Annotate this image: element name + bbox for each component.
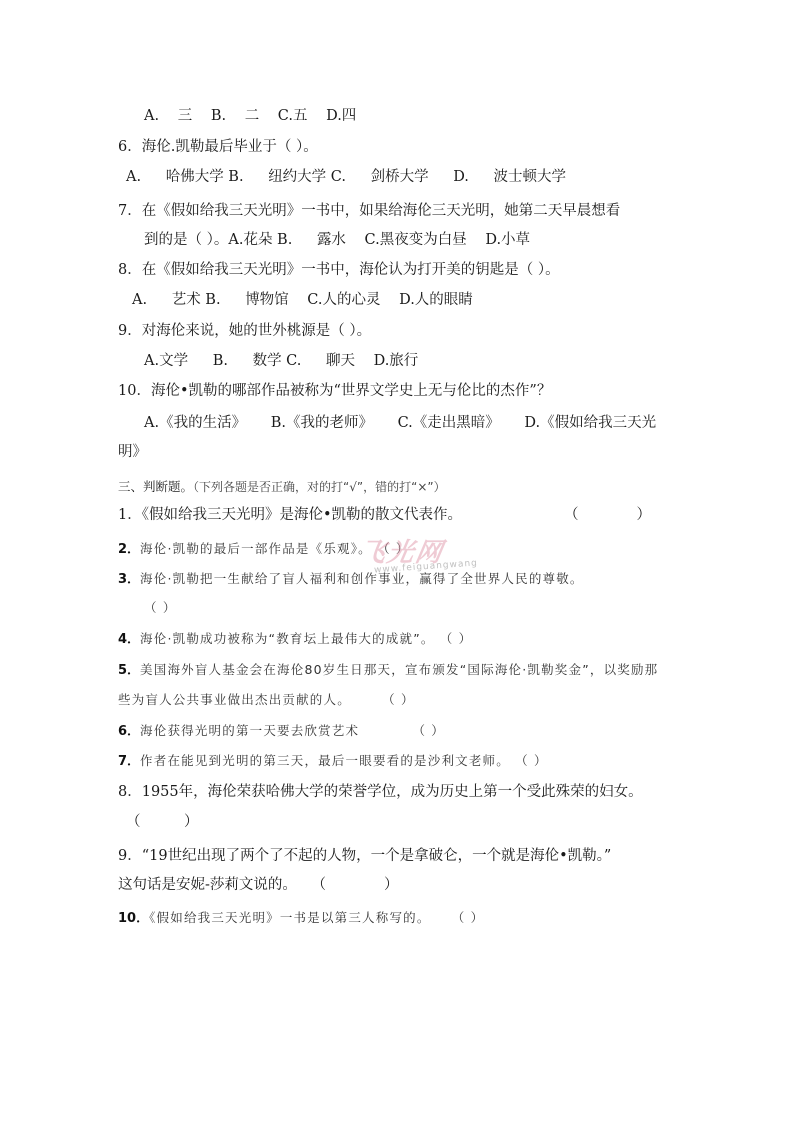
q9-opt: A.文学 (144, 353, 188, 369)
q10-opt: A.《我的生活》 (144, 415, 246, 431)
tf-num: 9． (118, 848, 142, 864)
tf-item-1: 1．《假如给我三天光明》是海伦•凯勒的散文代表作。 (118, 505, 462, 525)
q8-opt: A. (132, 292, 147, 308)
q9-opt: 数学 C. (253, 353, 302, 369)
q10-question: 10．海伦•凯勒的哪部作品被称为“世界文学史上无与伦比的杰作”？ (118, 381, 551, 401)
tf-text: 美国海外盲人基金会在海伦80岁生日那天，宣布颁发“国际海伦·凯勒奖金”，以奖励那 (140, 662, 658, 677)
tf-answer-10[interactable]: （ ） (452, 910, 485, 925)
tf-item-5: 5．美国海外盲人基金会在海伦80岁生日那天，宣布颁发“国际海伦·凯勒奖金”，以奖… (118, 660, 658, 681)
section-title: 三、判断题。（下列各题是否正确，对的打“√”，错的打“×”） (118, 477, 446, 497)
tf-text-cont: 些为盲人公共事业做出杰出贡献的人。 (118, 692, 351, 707)
tf-text: 1955年，海伦荣获哈佛大学的荣誉学位，成为历史上第一个受此殊荣的妇女。 (142, 784, 643, 800)
tf-item-3: 3．海伦·凯勒把一生献给了盲人福利和创作事业，赢得了全世界人民的尊敬。 (118, 569, 584, 590)
tf-item-5-cont: 些为盲人公共事业做出杰出贡献的人。 （ ） (118, 690, 415, 710)
q6-opt: 哈佛大学 B. (166, 169, 244, 185)
tf-text: “19世纪出现了两个了不起的人物，一个是拿破仑，一个就是海伦•凯勒。” (142, 848, 612, 864)
tf-answer-3[interactable]: （ ） (144, 598, 177, 618)
tf-text-cont: 这句话是安妮-莎莉文说的。 (118, 877, 297, 893)
option-b-label: B. (211, 108, 226, 124)
q8-question: 8．在《假如给我三天光明》一书中，海伦认为打开美的钥匙是（ ）。 (118, 260, 560, 280)
q8-opt: C.人的心灵 (307, 292, 380, 308)
q10-options-cont: 明》 (118, 442, 147, 462)
q6-opt: A. (126, 169, 141, 185)
tf-text: 海伦·凯勒把一生献给了盲人福利和创作事业，赢得了全世界人民的尊敬。 (140, 571, 584, 586)
q9-opt: B. (213, 353, 228, 369)
q6-options: A. 哈佛大学 B. 纽约大学 C. 剑桥大学 D. 波士顿大学 (126, 167, 566, 187)
tf-item-9: 9．“19世纪出现了两个了不起的人物，一个是拿破仑，一个就是海伦•凯勒。” (118, 846, 611, 866)
q7-opt: C.黑夜变为白昼 (365, 232, 467, 248)
tf-num: 10． (118, 911, 149, 926)
section-heading: 三、判断题。 (118, 479, 193, 494)
tf-item-7: 7．作者在能见到光明的第三天，最后一眼要看的是沙利文老师。 （ ） (118, 751, 548, 772)
q6-opt: 纽约大学 C. (268, 169, 346, 185)
q7-opt: D.小草 (485, 232, 530, 248)
option-a-label: A. (144, 108, 159, 124)
tf-item-4: 4．海伦·凯勒成功被称为“教育坛上最伟大的成就”。 （ ） (118, 629, 472, 650)
q7-question-line2: 到的是（ ）。A.花朵 B. 露水 C.黑夜变为白昼 D.小草 (144, 230, 530, 250)
q7-stem: 到的是（ ）。A.花朵 B. (144, 232, 292, 248)
tf-text: 海伦·凯勒成功被称为“教育坛上最伟大的成就”。 (140, 631, 435, 646)
section-instructions: （下列各题是否正确，对的打“√”，错的打“×”） (193, 480, 446, 494)
q10-opt: C.《走出黑暗》 (398, 415, 500, 431)
tf-num: 3． (118, 572, 140, 587)
tf-text: 海伦获得光明的第一天要去欣赏艺术 (140, 723, 359, 738)
tf-text: 《假如给我三天光明》一书是以第三人称写的。 (149, 910, 430, 925)
tf-answer-8[interactable]: （ ） (126, 812, 199, 832)
tf-text: 作者在能见到光明的第三天，最后一眼要看的是沙利文老师。 (140, 753, 510, 768)
q8-opt: 博物馆 (245, 292, 289, 308)
tf-answer-5[interactable]: （ ） (382, 692, 415, 707)
tf-answer-9[interactable]: （ ） (312, 877, 399, 893)
tf-answer-2[interactable]: （ ） (377, 541, 410, 556)
tf-answer-1[interactable]: （ ） (564, 505, 651, 525)
tf-num: 2． (118, 542, 140, 557)
q8-opt: 艺术 B. (172, 292, 221, 308)
tf-item-9-cont: 这句话是安妮-莎莉文说的。 （ ） (118, 875, 399, 895)
tf-answer-4[interactable]: （ ） (440, 631, 473, 646)
q6-opt: 剑桥大学 (371, 169, 429, 185)
tf-num: 1． (118, 507, 142, 523)
q9-options: A.文学 B. 数学 C. 聊天 D.旅行 (144, 351, 418, 371)
q9-opt: D.旅行 (374, 353, 419, 369)
tf-item-6: 6．海伦获得光明的第一天要去欣赏艺术 （ ） (118, 721, 445, 742)
tf-item-10: 10．《假如给我三天光明》一书是以第三人称写的。 （ ） (118, 908, 484, 929)
q10-opt: B.《我的老师》 (271, 415, 373, 431)
tf-num: 6． (118, 724, 140, 739)
q5-options: A. 三 B. 二 C.五 D.四 (144, 106, 356, 126)
q8-options: A. 艺术 B. 博物馆 C.人的心灵 D.人的眼睛 (132, 290, 473, 310)
q10-options: A.《我的生活》 B.《我的老师》 C.《走出黑暗》 D.《假如给我三天光 (144, 413, 656, 433)
tf-text: 《假如给我三天光明》是海伦•凯勒的散文代表作。 (142, 507, 462, 523)
q6-opt: D. (453, 169, 469, 185)
option-d: D.四 (326, 108, 356, 124)
option-b-text: 二 (245, 108, 260, 124)
option-c: C.五 (278, 108, 308, 124)
tf-answer-7[interactable]: （ ） (515, 753, 548, 768)
tf-num: 4． (118, 632, 140, 647)
q7-opt: 露水 (317, 232, 346, 248)
tf-item-2: 2．海伦·凯勒的最后一部作品是《乐观》。 （ ） (118, 539, 410, 560)
q9-question: 9．对海伦来说，她的世外桃源是（ ）。 (118, 321, 371, 341)
q6-question: 6．海伦.凯勒最后毕业于（ ）。 (118, 137, 318, 157)
tf-num: 8． (118, 784, 142, 800)
q9-opt: 聊天 (326, 353, 355, 369)
q8-opt: D.人的眼睛 (399, 292, 473, 308)
tf-item-8: 8．1955年，海伦荣获哈佛大学的荣誉学位，成为历史上第一个受此殊荣的妇女。 (118, 782, 643, 802)
option-a-text: 三 (178, 108, 193, 124)
q7-question-line1: 7．在《假如给我三天光明》一书中，如果给海伦三天光明，她第二天早晨想看 (118, 201, 620, 221)
tf-num: 5． (118, 663, 140, 678)
tf-answer-6[interactable]: （ ） (412, 723, 445, 738)
q6-opt: 波士顿大学 (494, 169, 567, 185)
tf-num: 7． (118, 754, 140, 769)
q10-opt: D.《假如给我三天光 (524, 415, 656, 431)
tf-text: 海伦·凯勒的最后一部作品是《乐观》。 (140, 541, 372, 556)
